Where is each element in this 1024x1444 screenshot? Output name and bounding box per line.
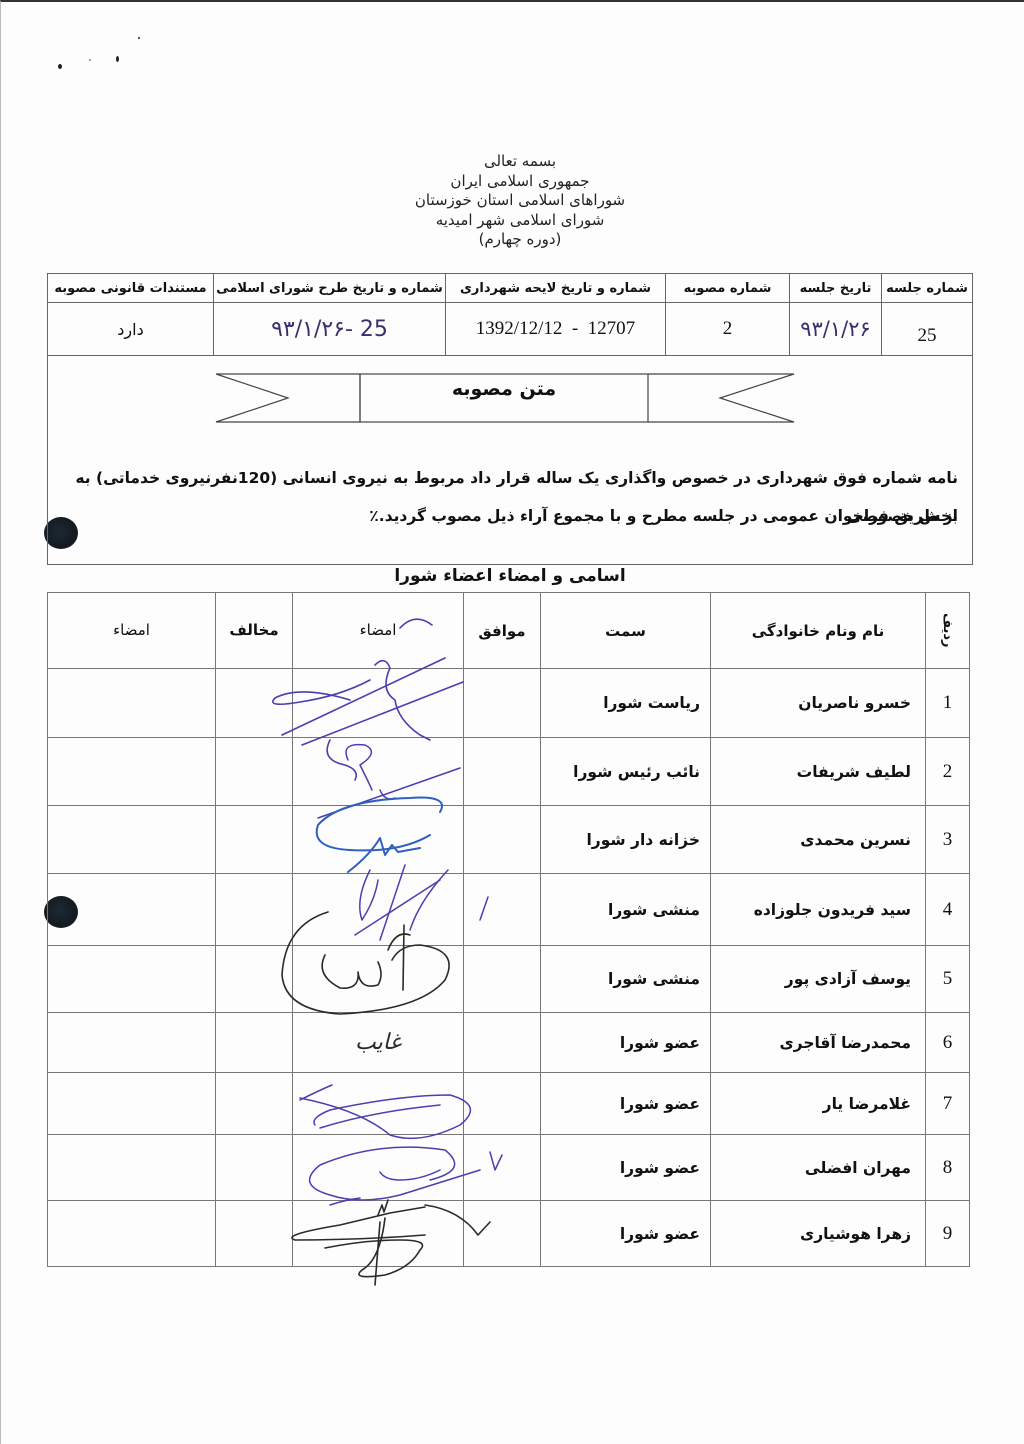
member-row-number: 2 (925, 737, 970, 806)
scan-speck (138, 37, 140, 39)
header-agree-signature: امضاء (292, 592, 464, 669)
agree-signature-cell (292, 737, 464, 806)
header-agree: موافق (463, 592, 541, 669)
agree-signature-cell (292, 805, 464, 874)
member-row-number: 8 (925, 1134, 970, 1201)
letterhead-line-city-council: شورای اسلامی شهر امیدیه (380, 211, 660, 231)
member-role: خزانه دار شورا (540, 805, 711, 874)
session-number-value: 25 (881, 302, 973, 356)
agree-cell (463, 1134, 541, 1201)
agree-cell (463, 737, 541, 806)
agree-cell (463, 668, 541, 738)
absent-note: غایب (355, 1030, 401, 1055)
member-name: زهرا هوشیاری (710, 1200, 926, 1267)
oppose-signature-cell (47, 1200, 216, 1267)
oppose-cell (215, 945, 293, 1013)
scan-speck (89, 59, 91, 61)
member-role: نائب رئیس شورا (540, 737, 711, 806)
member-role: عضو شورا (540, 1134, 711, 1201)
agree-cell (463, 1072, 541, 1135)
member-name: غلامرضا یار (710, 1072, 926, 1135)
session-date-value: ۹۳/۱/۲۶ (789, 302, 882, 356)
oppose-signature-cell (47, 1134, 216, 1201)
member-row-number: 4 (925, 873, 970, 946)
member-row-number: 7 (925, 1072, 970, 1135)
agree-cell (463, 1012, 541, 1073)
member-name: مهران افضلی (710, 1134, 926, 1201)
member-role: عضو شورا (540, 1072, 711, 1135)
agree-signature-cell (292, 873, 464, 946)
agree-signature-cell (292, 1134, 464, 1201)
agree-signature-cell (292, 1200, 464, 1267)
oppose-signature-cell (47, 1072, 216, 1135)
member-name: سید فریدون جلوزاده (710, 873, 926, 946)
letterhead-line-country: جمهوری اسلامی ایران (380, 172, 660, 192)
oppose-cell (215, 1072, 293, 1135)
header-oppose: مخالف (215, 592, 293, 669)
member-role: منشی شورا (540, 873, 711, 946)
member-role: عضو شورا (540, 1012, 711, 1073)
oppose-signature-cell (47, 805, 216, 874)
oppose-signature-cell (47, 668, 216, 738)
oppose-cell (215, 805, 293, 874)
oppose-cell (215, 1134, 293, 1201)
legal-documents-value: دارد (47, 302, 214, 356)
member-name: محمدرضا آقاجری (710, 1012, 926, 1073)
resolution-number-value: 2 (665, 302, 790, 356)
member-row-number: 1 (925, 668, 970, 738)
member-name: یوسف آزادی پور (710, 945, 926, 1013)
header-municipal-bill: شماره و تاریخ لایحه شهرداری (445, 273, 666, 303)
oppose-signature-cell (47, 945, 216, 1013)
agree-cell (463, 805, 541, 874)
member-name: نسرین محمدی (710, 805, 926, 874)
member-row-number: 6 (925, 1012, 970, 1073)
oppose-signature-cell (47, 737, 216, 806)
agree-cell (463, 945, 541, 1013)
scan-speck (58, 64, 62, 69)
header-name: نام ونام خانوادگی (710, 592, 926, 669)
council-plan-value: ۹۳/۱/۲۶- 25 (213, 302, 446, 356)
oppose-cell (215, 1012, 293, 1073)
oppose-cell (215, 873, 293, 946)
member-row-number: 3 (925, 805, 970, 874)
oppose-cell (215, 737, 293, 806)
header-resolution-number: شماره مصوبه (665, 273, 790, 303)
letterhead-line-province-councils: شوراهای اسلامی استان خوزستان (380, 191, 660, 211)
agree-signature-cell: غایب (292, 1012, 464, 1073)
agree-cell (463, 1200, 541, 1267)
header-row-number: ردیف (925, 592, 970, 669)
header-council-plan: شماره و تاریخ طرح شورای اسلامی (213, 273, 446, 303)
agree-signature-cell (292, 1072, 464, 1135)
header-role: سمت (540, 592, 711, 669)
municipal-bill-value: 1392/12/12 - 12707 (445, 302, 666, 356)
oppose-cell (215, 668, 293, 738)
member-role: منشی شورا (540, 945, 711, 1013)
header-session-number: شماره جلسه (881, 273, 973, 303)
agree-cell (463, 873, 541, 946)
member-role: عضو شورا (540, 1200, 711, 1267)
resolution-text-line-2: از طریق فراخوان عمومی در جلسه مطرح و با … (62, 497, 958, 535)
letterhead-line-basmala: بسمه تعالی (380, 152, 660, 172)
oppose-cell (215, 1200, 293, 1267)
member-name: خسرو ناصریان (710, 668, 926, 738)
header-legal-documents: مستندات قانونی مصوبه (47, 273, 214, 303)
scan-speck (116, 56, 119, 62)
header-session-date: تاریخ جلسه (789, 273, 882, 303)
letterhead: بسمه تعالی جمهوری اسلامی ایران شوراهای ا… (380, 152, 660, 250)
members-title: اسامی و امضاء اعضاء شورا (300, 566, 720, 586)
agree-signature-cell (292, 668, 464, 738)
resolution-title: متن مصوبه (360, 378, 648, 400)
letterhead-line-term: (دوره چهارم) (380, 230, 660, 250)
oppose-signature-cell (47, 1012, 216, 1073)
oppose-signature-cell (47, 873, 216, 946)
agree-signature-cell (292, 945, 464, 1013)
member-row-number: 9 (925, 1200, 970, 1267)
member-role: ریاست شورا (540, 668, 711, 738)
header-oppose-signature: امضاء (47, 592, 216, 669)
member-name: لطیف شریفات (710, 737, 926, 806)
member-row-number: 5 (925, 945, 970, 1013)
